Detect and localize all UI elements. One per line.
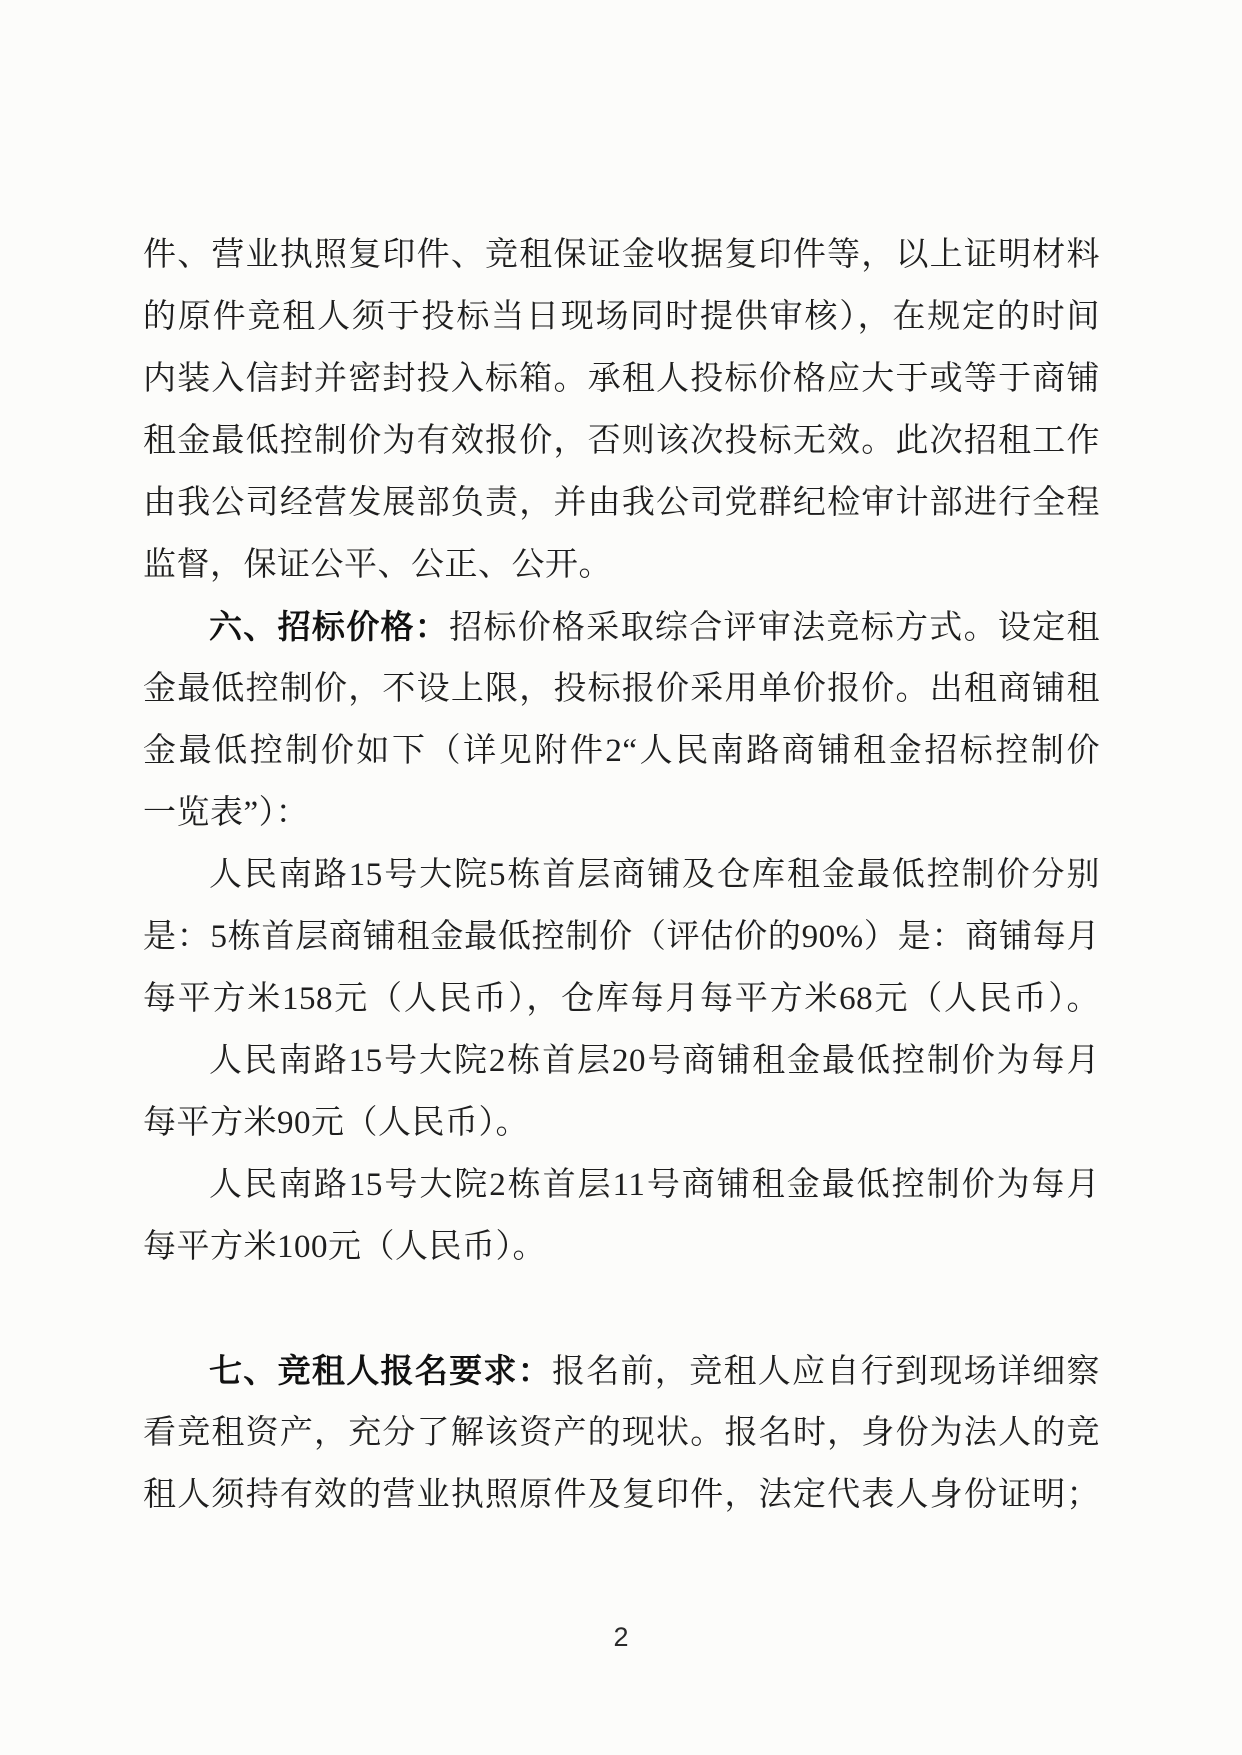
body-text: 的原件竞租人须于投标当日现场同时提供审核），在规定的时间	[143, 299, 1100, 335]
text-line: 租金最低控制价为有效报价，否则该次投标无效。此次招租工作	[143, 410, 1100, 472]
body-text: 人民南路15号大院2栋首层11号商铺租金最低控制价为每月	[209, 1167, 1100, 1203]
text-line: 金最低控制价如下（详见附件2“人民南路商铺租金招标控制价	[143, 720, 1100, 782]
text-line: 由我公司经营发展部负责，并由我公司党群纪检审计部进行全程	[143, 472, 1100, 534]
section-heading-line: 七、竞租人报名要求：报名前，竞租人应自行到现场详细察	[143, 1340, 1100, 1402]
section-heading-text: 六、招标价格：	[209, 608, 449, 645]
body-text: 报名前，竞租人应自行到现场详细察	[552, 1354, 1100, 1390]
text-line: 是：5栋首层商铺租金最低控制价（评估价的90%）是：商铺每月	[143, 906, 1100, 968]
body-text: 金最低控制价，不设上限，投标报价采用单价报价。出租商铺租	[143, 671, 1100, 707]
text-line: 人民南路15号大院2栋首层20号商铺租金最低控制价为每月	[143, 1030, 1100, 1092]
body-text: 租金最低控制价为有效报价，否则该次投标无效。此次招租工作	[143, 423, 1100, 459]
text-line: 每平方米90元（人民币）。	[143, 1092, 1100, 1154]
body-text: 每平方米90元（人民币）。	[143, 1105, 529, 1141]
body-text: 一览表”）：	[143, 795, 309, 831]
text-line: 人民南路15号大院5栋首层商铺及仓库租金最低控制价分别	[143, 844, 1100, 906]
text-line: 的原件竞租人须于投标当日现场同时提供审核），在规定的时间	[143, 286, 1100, 348]
body-text: 每平方米158元（人民币），仓库每月每平方米68元（人民币）。	[143, 981, 1100, 1017]
text-line: 每平方米158元（人民币），仓库每月每平方米68元（人民币）。	[143, 968, 1100, 1030]
body-text: 看竞租资产，充分了解该资产的现状。报名时，身份为法人的竞	[143, 1415, 1100, 1451]
body-text: 租人须持有效的营业执照原件及复印件，法定代表人身份证明；	[143, 1477, 1100, 1513]
text-line: 监督，保证公平、公正、公开。	[143, 534, 1100, 596]
body-text: 是：5栋首层商铺租金最低控制价（评估价的90%）是：商铺每月	[143, 919, 1100, 955]
page-number: 2	[0, 1622, 1242, 1653]
body-text: 内装入信封并密封投入标箱。承租人投标价格应大于或等于商铺	[143, 361, 1100, 397]
text-line: 内装入信封并密封投入标箱。承租人投标价格应大于或等于商铺	[143, 348, 1100, 410]
body-text: 每平方米100元（人民币）。	[143, 1229, 546, 1265]
section-heading-text: 七、竞租人报名要求：	[209, 1352, 552, 1389]
document-page: 件、营业执照复印件、竞租保证金收据复印件等，以上证明材料的原件竞租人须于投标当日…	[0, 0, 1242, 1755]
body-text: 人民南路15号大院5栋首层商铺及仓库租金最低控制价分别	[209, 857, 1100, 893]
text-line: 租人须持有效的营业执照原件及复印件，法定代表人身份证明；	[143, 1464, 1100, 1526]
text-line: 件、营业执照复印件、竞租保证金收据复印件等，以上证明材料	[143, 224, 1100, 286]
body-text: 招标价格采取综合评审法竞标方式。设定租	[449, 610, 1100, 646]
text-line: 金最低控制价，不设上限，投标报价采用单价报价。出租商铺租	[143, 658, 1100, 720]
text-block: 件、营业执照复印件、竞租保证金收据复印件等，以上证明材料的原件竞租人须于投标当日…	[143, 224, 1100, 1526]
text-line: 看竞租资产，充分了解该资产的现状。报名时，身份为法人的竞	[143, 1402, 1100, 1464]
text-line: 每平方米100元（人民币）。	[143, 1216, 1100, 1278]
text-line: 一览表”）：	[143, 782, 1100, 844]
body-text: 由我公司经营发展部负责，并由我公司党群纪检审计部进行全程	[143, 485, 1100, 521]
body-text: 监督，保证公平、公正、公开。	[143, 547, 612, 583]
body-text: 金最低控制价如下（详见附件2“人民南路商铺租金招标控制价	[143, 733, 1100, 769]
body-text: 件、营业执照复印件、竞租保证金收据复印件等，以上证明材料	[143, 237, 1100, 273]
text-line: 人民南路15号大院2栋首层11号商铺租金最低控制价为每月	[143, 1154, 1100, 1216]
section-heading-line: 六、招标价格：招标价格采取综合评审法竞标方式。设定租	[143, 596, 1100, 658]
body-text: 人民南路15号大院2栋首层20号商铺租金最低控制价为每月	[209, 1043, 1100, 1079]
